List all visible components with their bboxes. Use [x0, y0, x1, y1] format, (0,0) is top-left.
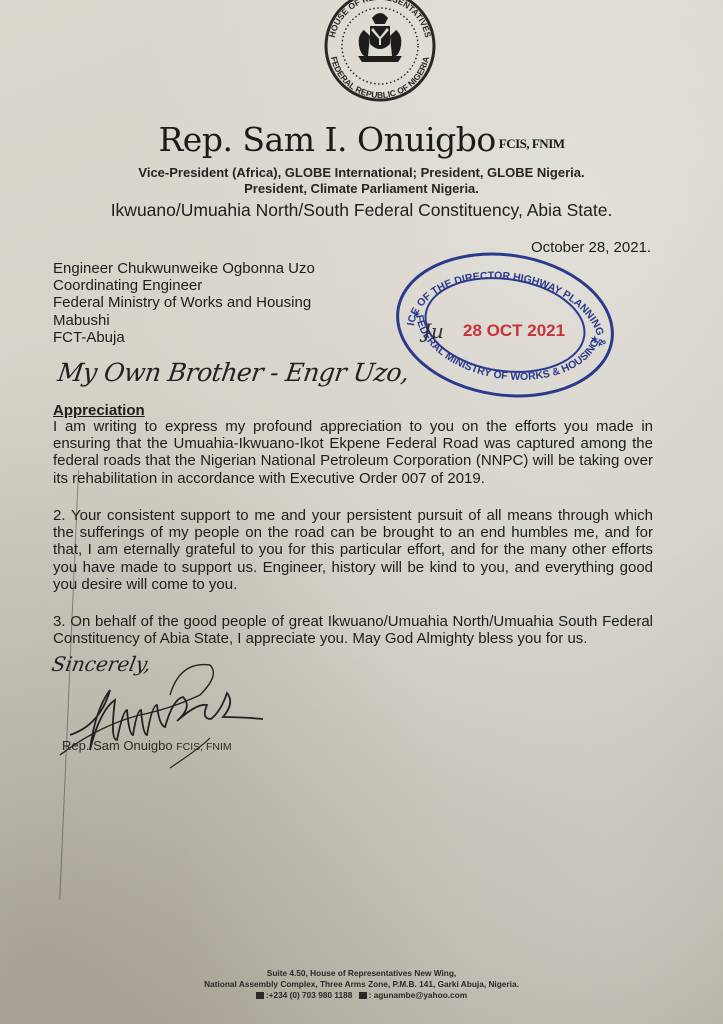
phone-icon — [256, 992, 264, 999]
svg-text:★: ★ — [589, 334, 599, 346]
coat-of-arms-icon — [358, 13, 402, 62]
footer-phone: :+234 (0) 703 980 1188 — [266, 990, 353, 1000]
body-paragraph-2: 2. Your consistent support to me and you… — [53, 507, 653, 593]
footer-address-line-2: National Assembly Complex, Three Arms Zo… — [0, 979, 723, 990]
received-stamp: OFFICE OF THE DIRECTOR HIGHWAY PLANNING … — [393, 250, 618, 400]
svg-text:★: ★ — [411, 309, 421, 321]
sender-credentials: FCIS, FNIM — [499, 136, 565, 151]
footer-contact-line: :+234 (0) 703 980 1188 : agunambe@yahoo.… — [0, 990, 723, 1001]
recipient-line: Mabushi — [53, 312, 315, 329]
recipient-line: Coordinating Engineer — [53, 277, 315, 294]
recipient-address: Engineer Chukwunweike Ogbonna Uzo Coordi… — [53, 260, 315, 346]
recipient-line: Federal Ministry of Works and Housing — [53, 294, 315, 311]
stamp-initials: Ju — [419, 319, 444, 343]
letter-subject: Appreciation — [53, 402, 145, 419]
handwritten-signature — [40, 660, 300, 770]
signatory-name: Rep. Sam Onuigbo FCIS, FNIM — [62, 738, 232, 753]
sender-title-line-1: Vice-President (Africa), GLOBE Internati… — [0, 165, 723, 180]
sender-name-text: Rep. Sam I. Onuigbo — [158, 120, 495, 159]
signatory-name-text: Rep. Sam Onuigbo — [62, 738, 173, 753]
letterhead-footer: Suite 4.50, House of Representatives New… — [0, 968, 723, 1001]
house-of-representatives-seal: HOUSE OF REPRESENTATIVES FEDERAL REPUBLI… — [312, 0, 448, 102]
body-paragraph-3: 3. On behalf of the good people of great… — [53, 613, 653, 647]
email-icon — [359, 992, 367, 999]
stamp-date: 28 OCT 2021 — [463, 321, 565, 340]
handwritten-salutation: My Own Brother - Engr Uzo, — [56, 358, 411, 387]
svg-text:FEDERAL REPUBLIC OF NIGERIA: FEDERAL REPUBLIC OF NIGERIA — [329, 55, 431, 100]
recipient-line: Engineer Chukwunweike Ogbonna Uzo — [53, 260, 315, 277]
recipient-line: FCT-Abuja — [53, 329, 315, 346]
footer-address-line-1: Suite 4.50, House of Representatives New… — [0, 968, 723, 979]
signatory-credentials: FCIS, FNIM — [176, 741, 231, 753]
sender-title-line-2: President, Climate Parliament Nigeria. — [0, 181, 723, 196]
sender-name: Rep. Sam I. OnuigboFCIS, FNIM — [0, 120, 723, 159]
sender-constituency: Ikwuano/Umuahia North/South Federal Cons… — [0, 200, 723, 221]
footer-email: : agunambe@yahoo.com — [369, 990, 467, 1000]
body-paragraph-1: I am writing to express my profound appr… — [53, 418, 653, 487]
